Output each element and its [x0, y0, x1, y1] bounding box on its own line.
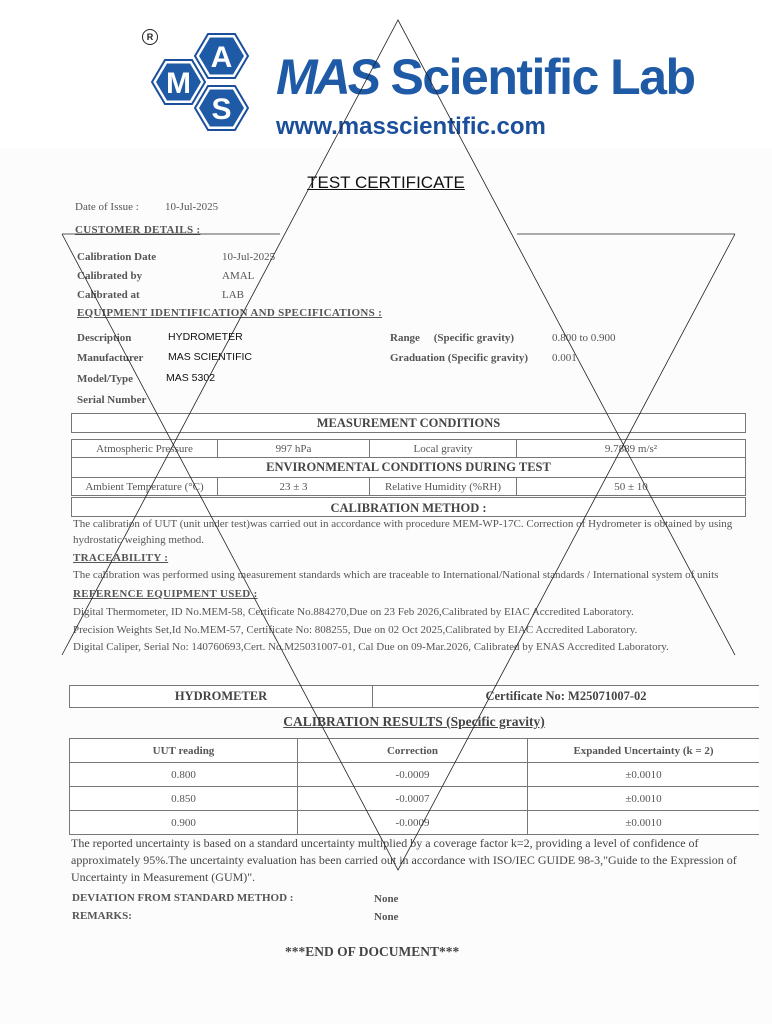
brand-name-rest: Scientific Lab	[378, 49, 694, 105]
brand-url: www.masscientific.com	[276, 115, 546, 139]
certificate-page: R M A S MAS Scientific Lab www.masscient…	[0, 0, 772, 1024]
reference-equipment-heading: REFERENCE EQUIPMENT USED :	[73, 588, 258, 600]
table-row: 0.850 -0.0007 ±0.0010	[70, 787, 760, 811]
calibrated-at-value: LAB	[222, 289, 244, 301]
uncertainty-cell: ±0.0010	[528, 811, 760, 835]
end-of-document: ***END OF DOCUMENT***	[285, 944, 459, 960]
correction-cell: -0.0007	[298, 787, 528, 811]
date-of-issue-value: 10-Jul-2025	[165, 201, 218, 213]
date-of-issue-label: Date of Issue :	[75, 201, 139, 213]
relative-humidity-label: Relative Humidity (%RH)	[370, 478, 517, 496]
model-type-label: Model/Type	[77, 373, 133, 385]
local-gravity-label: Local gravity	[370, 440, 517, 458]
equipment-heading: EQUIPMENT IDENTIFICATION AND SPECIFICATI…	[77, 307, 382, 319]
remarks-value: None	[374, 911, 398, 923]
graduation-value: 0.001	[552, 352, 577, 364]
col-correction: Correction	[298, 739, 528, 763]
ambient-temperature-label: Ambient Temperature (°C)	[72, 478, 218, 496]
correction-cell: -0.0009	[298, 811, 528, 835]
environment-heading: ENVIRONMENTAL CONDITIONS DURING TEST	[72, 458, 746, 478]
traceability-text: The calibration was performed using meas…	[73, 567, 763, 583]
certificate-bar: HYDROMETER Certificate No: M25071007-02	[69, 685, 759, 708]
uut-reading-cell: 0.900	[70, 811, 298, 835]
uncertainty-cell: ±0.0010	[528, 763, 760, 787]
temperature-humidity-row: Ambient Temperature (°C) 23 ± 3 Relative…	[72, 478, 746, 496]
col-expanded-uncertainty: Expanded Uncertainty (k = 2)	[528, 739, 760, 763]
environment-heading-row: ENVIRONMENTAL CONDITIONS DURING TEST	[72, 458, 746, 478]
reference-item: Precision Weights Set,Id No.MEM-57, Cert…	[73, 622, 637, 638]
mas-hexagon-logo-icon: M A S	[140, 20, 270, 145]
calibration-date-label: Calibration Date	[77, 251, 156, 263]
uut-reading-cell: 0.800	[70, 763, 298, 787]
logo-letter-s: S	[211, 93, 231, 126]
serial-number-label: Serial Number	[77, 394, 146, 406]
model-type-value: MAS 5302	[166, 372, 215, 384]
manufacturer-value: MAS SCIENTIFIC	[168, 351, 252, 363]
description-value: HYDROMETER	[168, 331, 243, 343]
local-gravity-value: 9.7889 m/s²	[517, 440, 746, 458]
uncertainty-cell: ±0.0010	[528, 787, 760, 811]
relative-humidity-value: 50 ± 10	[517, 478, 746, 496]
results-header-row: UUT reading Correction Expanded Uncertai…	[70, 739, 760, 763]
col-uut-reading: UUT reading	[70, 739, 298, 763]
calibration-date-value: 10-Jul-2025	[222, 251, 275, 263]
correction-cell: -0.0009	[298, 763, 528, 787]
customer-details-heading: CUSTOMER DETAILS :	[75, 224, 200, 236]
measurement-conditions-title: MEASUREMENT CONDITIONS	[72, 414, 745, 432]
uut-reading-cell: 0.850	[70, 787, 298, 811]
remarks-label: REMARKS:	[72, 910, 132, 922]
calibrated-by-value: AMAL	[222, 270, 254, 282]
range-value: 0.800 to 0.900	[552, 332, 616, 344]
brand-name-mas: MAS	[276, 49, 378, 105]
calibration-method-header: CALIBRATION METHOD :	[71, 497, 746, 517]
certificate-title: TEST CERTIFICATE	[0, 173, 772, 193]
calibration-results-heading: CALIBRATION RESULTS (Specific gravity)	[0, 714, 772, 730]
brand-name: MAS Scientific Lab	[276, 52, 695, 102]
calibrated-at-label: Calibrated at	[77, 289, 140, 301]
deviation-value: None	[374, 893, 398, 905]
calibration-results-heading-text: CALIBRATION RESULTS (Specific gravity)	[283, 714, 544, 729]
certificate-number: Certificate No: M25071007-02	[373, 686, 760, 708]
calibrated-by-label: Calibrated by	[77, 270, 142, 282]
pressure-gravity-row: Atmospheric Pressure 997 hPa Local gravi…	[72, 440, 746, 458]
graduation-label: Graduation (Specific gravity)	[390, 352, 528, 364]
uncertainty-note: The reported uncertainty is based on a s…	[71, 835, 761, 886]
atmospheric-pressure-value: 997 hPa	[218, 440, 370, 458]
deviation-label: DEVIATION FROM STANDARD METHOD :	[72, 892, 293, 904]
description-label: Description	[77, 332, 131, 344]
results-table: UUT reading Correction Expanded Uncertai…	[69, 738, 759, 835]
manufacturer-label: Manufacturer	[77, 352, 143, 364]
measurement-conditions-header: MEASUREMENT CONDITIONS	[71, 413, 746, 433]
atmospheric-pressure-label: Atmospheric Pressure	[72, 440, 218, 458]
conditions-table: Atmospheric Pressure 997 hPa Local gravi…	[71, 439, 746, 496]
table-row: 0.800 -0.0009 ±0.0010	[70, 763, 760, 787]
ambient-temperature-value: 23 ± 3	[218, 478, 370, 496]
instrument-name: HYDROMETER	[70, 686, 373, 708]
range-label: Range (Specific gravity)	[390, 332, 514, 344]
reference-item: Digital Thermometer, ID No.MEM-58, Certi…	[73, 604, 634, 620]
logo-letter-m: M	[166, 67, 191, 100]
certificate-title-text: TEST CERTIFICATE	[307, 173, 465, 192]
table-row: 0.900 -0.0009 ±0.0010	[70, 811, 760, 835]
reference-item: Digital Caliper, Serial No: 140760693,Ce…	[73, 639, 669, 655]
logo-letter-a: A	[211, 41, 233, 74]
calibration-method-text: The calibration of UUT (unit under test)…	[73, 516, 753, 548]
traceability-heading: TRACEABILITY :	[73, 552, 168, 564]
